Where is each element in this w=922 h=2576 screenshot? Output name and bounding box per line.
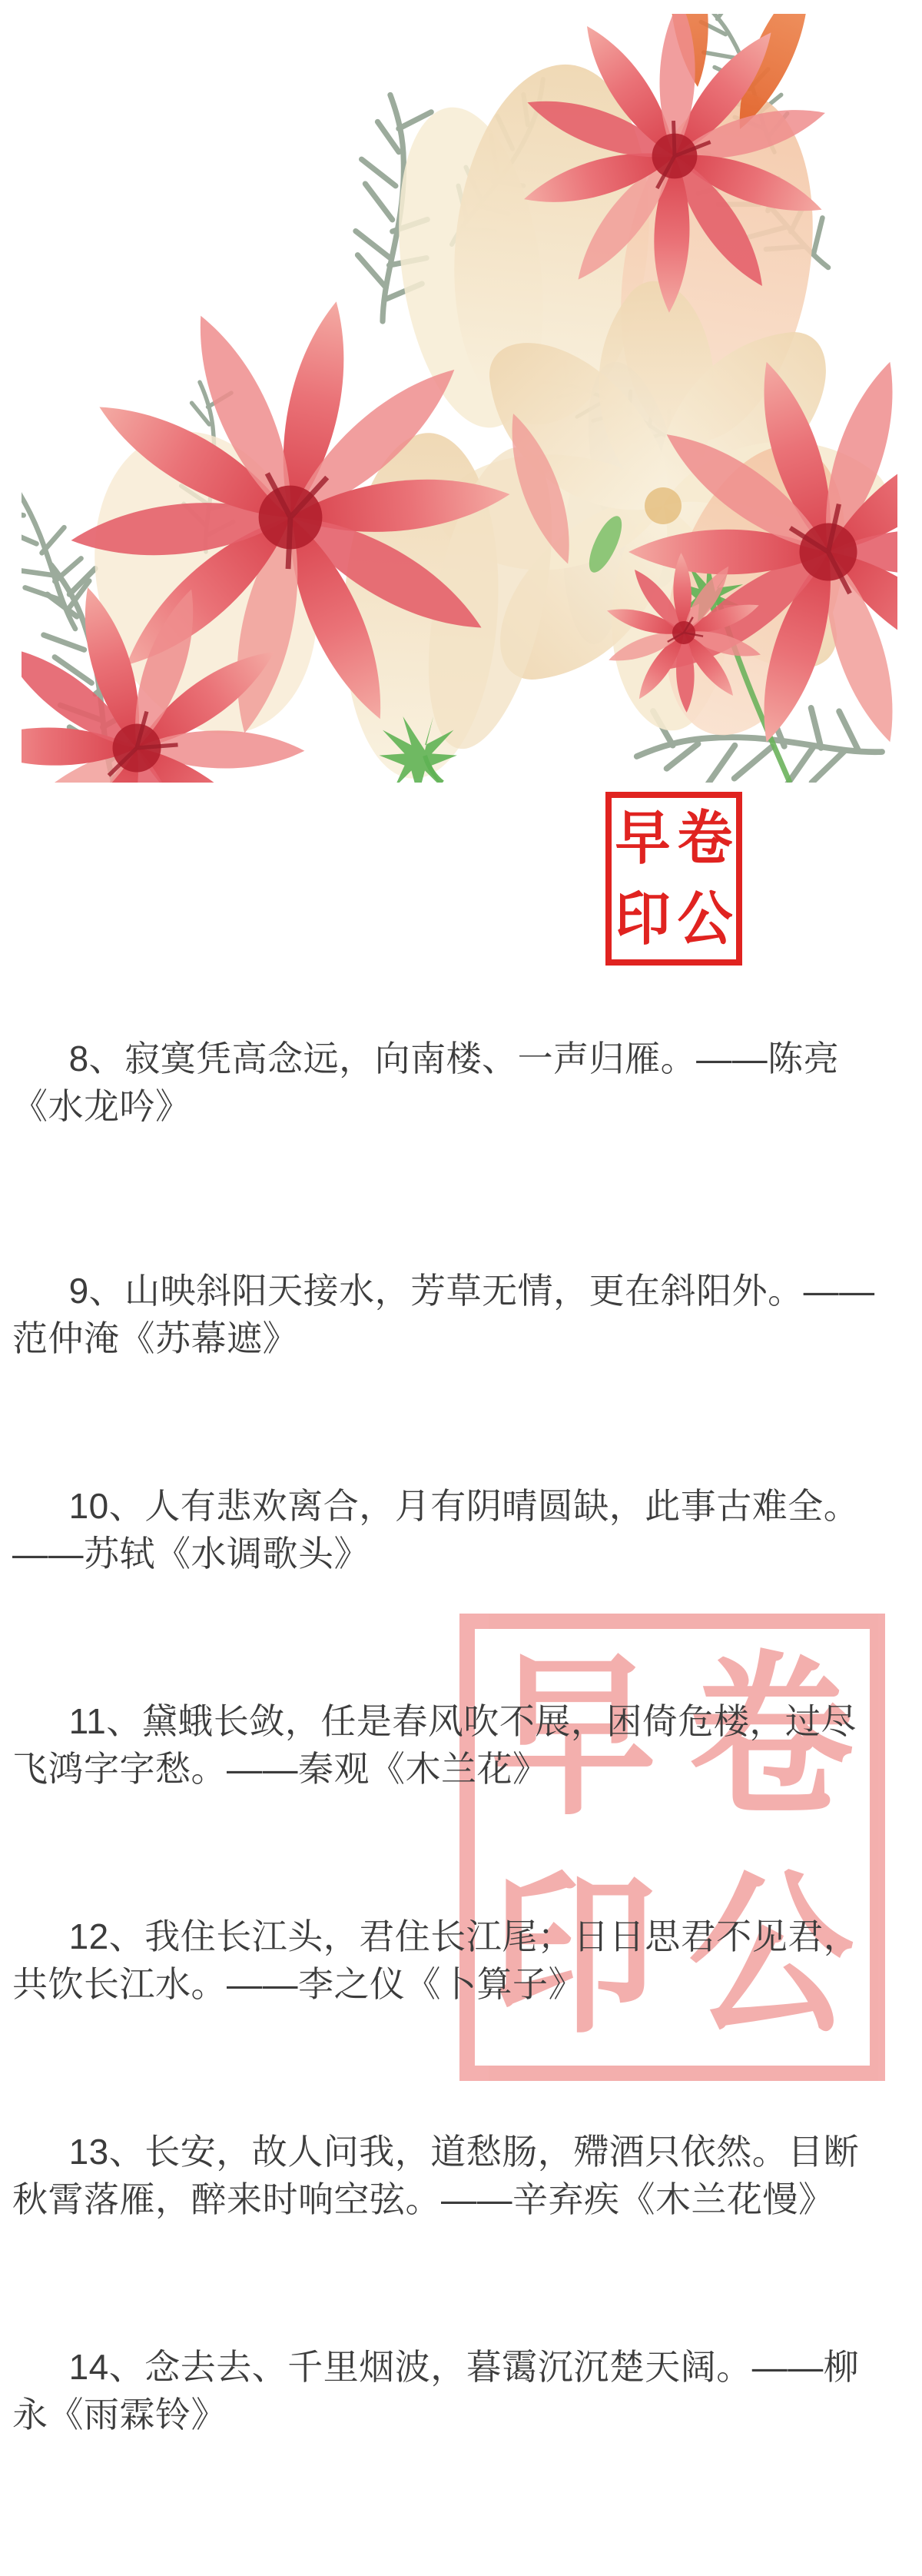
red-seal-stamp: 早 卷 印 公: [605, 792, 742, 966]
seal-char-bottom-right: 公: [674, 876, 736, 962]
seal-char-bottom-left: 印: [612, 876, 674, 962]
quote-item-10: 10、人有悲欢离合，月有阴晴圆缺，此事古难全。——苏轼《水调歌头》: [12, 1482, 881, 1577]
quote-item-11: 11、黛蛾长敛，任是春风吹不展，困倚危楼，过尽飞鸿字字愁。——秦观《木兰花》: [12, 1697, 881, 1793]
flower-illustration: [22, 14, 897, 783]
page: 早 卷 印 公 早 卷 印 公 8、寂寞凭高念远，向南楼、一声归雁。——陈亮《水…: [0, 0, 922, 2576]
quote-item-8: 8、寂寞凭高念远，向南楼、一声归雁。——陈亮《水龙吟》: [12, 1035, 881, 1130]
quote-item-9: 9、山映斜阳天接水，芳草无情，更在斜阳外。——范仲淹《苏幕遮》: [12, 1267, 881, 1362]
quote-item-13: 13、长安，故人问我，道愁肠，殢酒只依然。目断秋霄落雁，醉来时响空弦。——辛弃疾…: [12, 2128, 881, 2223]
seal-char-top-left: 早: [612, 796, 674, 881]
quote-item-12: 12、我住长江头，君住长江尾；日日思君不见君，共饮长江水。——李之仪《卜算子》: [12, 1913, 881, 2008]
quote-list: 8、寂寞凭高念远，向南楼、一声归雁。——陈亮《水龙吟》 9、山映斜阳天接水，芳草…: [12, 1035, 881, 2558]
quote-item-14: 14、念去去、千里烟波，暮霭沉沉楚天阔。——柳永《雨霖铃》: [12, 2343, 881, 2438]
seal-char-top-right: 卷: [674, 796, 736, 881]
